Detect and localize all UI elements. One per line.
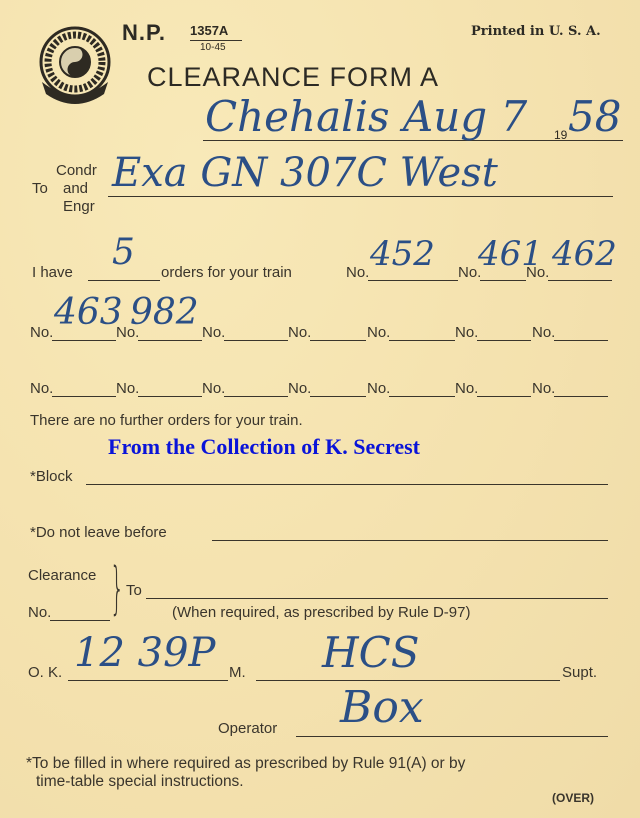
order-count[interactable]: 5 xyxy=(112,232,135,273)
supt-initials[interactable]: HCS xyxy=(322,628,420,677)
orders-for-label: orders for your train xyxy=(161,264,292,281)
ok-time[interactable]: 12 39P xyxy=(74,630,215,676)
order-no-4[interactable]: 463 xyxy=(54,292,123,333)
m-label: M. xyxy=(229,664,246,681)
footnote-line-2: time-table special instructions. xyxy=(36,772,244,791)
and-label: and xyxy=(63,180,88,197)
rule-d97-note: (When required, as prescribed by Rule D-… xyxy=(172,604,470,621)
collection-watermark: From the Collection of K. Secrest xyxy=(108,434,420,460)
order-no-1[interactable]: 452 xyxy=(370,234,435,274)
operator-label: Operator xyxy=(218,720,277,737)
engr-label: Engr xyxy=(63,198,95,215)
clearance-to-label: To xyxy=(126,582,142,599)
i-have-label: I have xyxy=(32,264,73,281)
clearance-no-field[interactable] xyxy=(50,620,110,621)
place-date-handwritten[interactable]: Chehalis Aug 7 xyxy=(205,92,527,141)
year-handwritten[interactable]: 58 xyxy=(568,92,621,141)
northern-pacific-logo-icon xyxy=(34,24,116,106)
to-label: To xyxy=(32,180,48,197)
form-date: 10-45 xyxy=(200,42,226,53)
brace-icon: } xyxy=(110,556,124,621)
footnote-line-1: *To be filled in where required as presc… xyxy=(26,754,465,773)
block-label: *Block xyxy=(30,468,73,485)
to-handwritten[interactable]: Exa GN 307C West xyxy=(112,150,498,196)
no-further-orders: There are no further orders for your tra… xyxy=(30,412,303,429)
ok-label: O. K. xyxy=(28,664,62,681)
clearance-label: Clearance xyxy=(28,567,96,584)
year-prefix: 19 xyxy=(554,128,567,142)
supt-label: Supt. xyxy=(562,664,597,681)
do-not-leave-field[interactable] xyxy=(212,540,608,541)
operator-handwritten[interactable]: Box xyxy=(340,682,424,733)
to-line xyxy=(108,196,613,197)
railroad-code: N.P. xyxy=(122,20,166,46)
printed-in-usa: Printed in U. S. A. xyxy=(471,24,601,39)
do-not-leave-label: *Do not leave before xyxy=(30,524,167,541)
order-no-5[interactable]: 982 xyxy=(130,292,199,333)
condr-label: Condr xyxy=(56,162,97,179)
order-no-3[interactable]: 462 xyxy=(552,234,617,274)
form-title: CLEARANCE FORM A xyxy=(147,62,439,93)
clearance-to-field[interactable] xyxy=(146,598,608,599)
block-field[interactable] xyxy=(86,484,608,485)
form-number: 1357A xyxy=(190,23,228,38)
clearance-no-label: No. xyxy=(28,604,51,621)
over-label: (OVER) xyxy=(552,791,594,805)
